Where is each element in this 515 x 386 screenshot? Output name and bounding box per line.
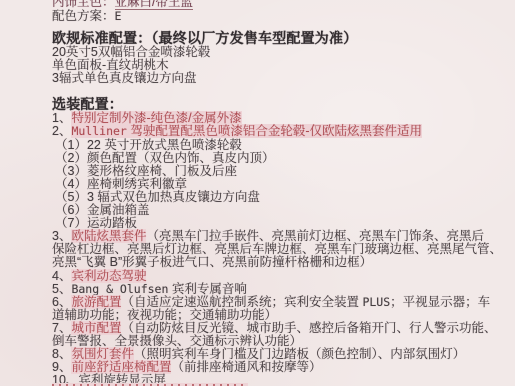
text-segment: 亮黑“飞翼 B”形翼子板进气口、亮黑前防撞杆格栅和边框） (52, 255, 372, 269)
text-segment: 宾利专属音响 (168, 282, 246, 296)
text-segment: ；平视显示器；车 (390, 295, 490, 309)
highlighted-term: Mulliner (71, 124, 126, 138)
text-segment: 6、 (52, 295, 71, 309)
text-segment: （6）金属油箱盖 (55, 203, 149, 217)
text-segment: 倒车警报、全景摄像头、交通标示辨认功能） (52, 334, 302, 348)
text-segment: （自适应定速巡航控制系统；宾利安全装置 (121, 295, 362, 309)
text-segment: （5）3 辐式双色加热真皮镶边方向盘 (55, 190, 260, 204)
text-segment: （3）菱形格纹座椅、门板及后座 (55, 164, 237, 178)
interior-color-value: 亚麻白/帝王蓝 (115, 0, 193, 10)
optional-config-title: 选装配置： (52, 96, 509, 112)
highlighted-term: 城市配置 (71, 321, 121, 335)
highlighted-term: 旅游配置 (71, 295, 121, 309)
highlighted-term: 氛围灯套件 (71, 347, 134, 361)
color-scheme-line: 配色方案：E (52, 10, 509, 23)
standard-config-list: 20英寸5双幅铝合金喷漆轮毂单色面板-直纹胡桃木3辐式单色真皮镶边方向盘 (52, 46, 509, 85)
color-scheme-label: 配色方案： (52, 9, 115, 23)
text-segment: 8、 (52, 347, 71, 361)
highlighted-term: 驾驶配置配黑色喷漆铝合金轮毂-仅欧陆炫黑套件适用 (127, 124, 422, 138)
text-segment: （1）22 英寸开放式黑色喷漆轮毂 (55, 138, 242, 152)
text-segment: 4、 (52, 269, 71, 283)
standard-config-title: 欧规标准配置：（最终以厂方发售车型配置为准） (52, 30, 509, 46)
text-segment: 7、 (52, 321, 71, 335)
text-segment: 道辅助功能；夜视功能；交通辅助功能） (52, 308, 277, 322)
section-gap (52, 85, 509, 96)
text-segment: （前排座椅通风和按摩等） (171, 360, 321, 374)
text-segment: PLUS (362, 295, 390, 309)
text-segment: 5、 (52, 282, 71, 296)
text-segment: （2）颜色配置（双色内饰、真皮内顶） (55, 151, 274, 165)
text-segment: （照明宾利车身门槛及门边踏板（颜色控制）、内部氛围灯） (134, 347, 465, 361)
color-scheme-value: E (115, 9, 122, 23)
standard-item: 3辐式单色真皮镶边方向盘 (52, 72, 509, 85)
optional-config-list: 1、特别定制外漆-纯色漆/金属外漆2、Mulliner 驾驶配置配黑色喷漆铝合金… (52, 112, 509, 386)
text-segment: Bang & Olufsen (71, 282, 168, 296)
config-document: 内饰主色：亚麻白/帝王蓝 配色方案：E 欧规标准配置：（最终以厂方发售车型配置为… (0, 0, 515, 386)
interior-color-label: 内饰主色： (52, 0, 115, 9)
text-segment: （4）座椅刺绣宾利徽章 (55, 177, 187, 191)
highlighted-term: 宾利动态驾驶 (71, 269, 146, 283)
option-line: 亮黑“飞翼 B”形翼子板进气口、亮黑前防撞杆格栅和边框） (52, 256, 509, 269)
text-segment: （自动防炫目反光镜、城市助手、感控后备箱开门、行人警示功能、 (121, 321, 496, 335)
text-segment: 2、 (52, 124, 71, 138)
